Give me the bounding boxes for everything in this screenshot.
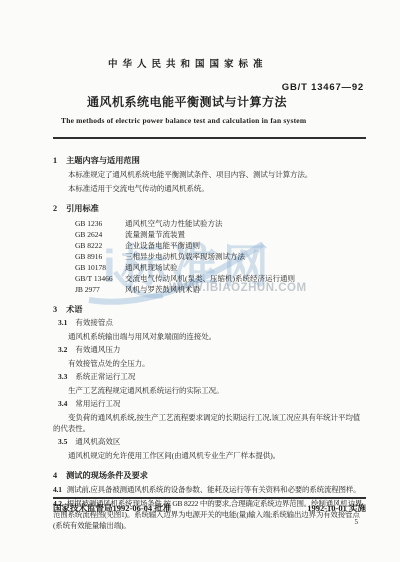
section-number: 4 [53,471,57,480]
reference-item: GB 10178通风机现场试验 [53,262,366,273]
reference-item: GB 1236通风机空气动力性能试验方法 [53,218,366,229]
section-title: 测试的现场条件及要求 [66,471,148,480]
reference-item: JB 2977风机与罗茨鼓风机术语 [53,284,366,295]
footer-implementation: 1992-10-01 实施 [307,502,366,514]
reference-title: 三相异步电动机负载率现场测试方法 [125,252,245,261]
section-title: 术语 [66,305,82,314]
reference-item: GB 8222企业设备电能平衡通则 [53,240,366,251]
clause-item: 4.1测试前,应具备被测通风机系统的设备参数、能耗及运行等有关资料和必要的系统流… [53,484,366,495]
section-number: 2 [53,204,57,213]
footer-approval: 国家技术监督局1992-06-04 批准 [53,502,171,514]
footer: 国家技术监督局1992-06-04 批准 1992-10-01 实施 [53,502,366,514]
term-number: 3.2 [58,345,67,354]
term-number: 3.1 [58,318,67,327]
section-number: 3 [53,305,57,314]
reference-title: 风机与罗茨鼓风机术语 [125,285,200,294]
term-name: 有效接管点 [75,318,113,327]
paragraph: 本标准规定了通风机系统电能平衡测试条件、项目内容、测试与计算方法。 [53,169,366,180]
term-definition: 变负荷的通风机系统,按生产工艺流程要求调定的长期运行工况,该工况应具有年统计平均… [53,412,366,434]
page-number: 5 [355,518,359,526]
term-number: 3.3 [58,372,67,381]
reference-title: 通风机现场试验 [125,263,178,272]
standard-number: GB/T 13467—92 [282,82,364,93]
term-name: 通风机高效区 [75,437,120,446]
term-number: 3.5 [58,437,67,446]
section-1-heading: 1主题内容与适用范围 [53,155,366,166]
paragraph: 本标准适用于交流电气传动的通风机系统。 [53,183,366,194]
term-name: 常用运行工况 [75,399,120,408]
term-item: 3.3系统正常运行工况 生产工艺流程规定通风机系统运行的实际工况。 [53,371,366,396]
term-name: 有效通风压力 [75,345,120,354]
term-definition: 通风机系统输出端与用风对象端面的连接处。 [53,331,366,342]
page-content: 中华人民共和国国家标准 GB/T 13467—92 通风机系统电能平衡测试与计算… [53,0,366,531]
section-title: 主题内容与适用范围 [66,156,140,165]
section-number: 1 [53,156,57,165]
reference-code: GB 8222 [75,240,125,251]
reference-item: GB 2624流量测量节流装置 [53,229,366,240]
reference-title: 流量测量节流装置 [125,230,185,239]
reference-code: GB 8916 [75,251,125,262]
reference-item: GB 8916三相异步电动机负载率现场测试方法 [53,251,366,262]
term-name: 系统正常运行工况 [75,372,135,381]
header-divider [53,137,366,139]
footer-divider [53,497,366,499]
term-item: 3.2有效通风压力 有效接管点处的全压力。 [53,344,366,369]
term-item: 3.4常用运行工况 变负荷的通风机系统,按生产工艺流程要求调定的长期运行工况,该… [53,398,366,434]
reference-code: GB 2624 [75,229,125,240]
document-page: i标准网 WWW.IBIAOZHUN.COM 中华人民共和国国家标准 GB/T … [0,0,400,562]
section-4-heading: 4测试的现场条件及要求 [53,470,366,481]
title-row: GB/T 13467—92 通风机系统电能平衡测试与计算方法 [53,82,366,110]
term-item: 3.1有效接管点 通风机系统输出端与用风对象端面的连接处。 [53,317,366,342]
reference-title: 企业设备电能平衡通则 [125,241,200,250]
reference-code: GB/T 13466 [75,273,125,284]
section-title: 引用标准 [66,204,99,213]
reference-list: GB 1236通风机空气动力性能试验方法 GB 2624流量测量节流装置 GB … [53,218,366,295]
reference-title: 通风机空气动力性能试验方法 [125,219,223,228]
term-definition: 生产工艺流程规定通风机系统运行的实际工况。 [53,385,366,396]
section-2-heading: 2引用标准 [53,203,366,214]
reference-title: 交流电气传动风机(泵类、压缩机)系统经济运行通则 [125,274,295,283]
term-definition: 有效接管点处的全压力。 [53,358,366,369]
term-number: 3.4 [58,399,67,408]
reference-code: GB 1236 [75,218,125,229]
clause-text: 测试前,应具备被测通风机系统的设备参数、能耗及运行等有关资料和必要的系统流程图样… [67,485,361,494]
page-title: 通风机系统电能平衡测试与计算方法 [87,93,287,110]
section-3-heading: 3术语 [53,304,366,315]
english-subtitle: The methods of electric power balance te… [61,116,366,125]
reference-code: JB 2977 [75,284,125,295]
term-item: 3.5通风机高效区 通风机规定的允许使用工作区间(由通风机专业生产厂样本提供)。 [53,436,366,461]
clause-number: 4.1 [53,485,62,494]
standard-label: 中华人民共和国国家标准 [108,56,366,70]
term-definition: 通风机规定的允许使用工作区间(由通风机专业生产厂样本提供)。 [53,450,366,461]
reference-code: GB 10178 [75,262,125,273]
reference-item: GB/T 13466交流电气传动风机(泵类、压缩机)系统经济运行通则 [53,273,366,284]
